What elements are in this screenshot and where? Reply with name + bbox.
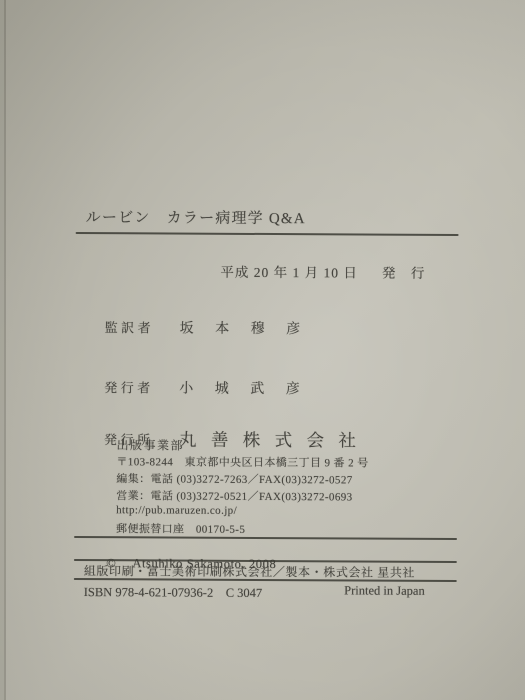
publisher-address: 〒103-8244 東京都中央区日本橋三丁目 9 番 2 号 [116,453,368,470]
postal-transfer-account: 郵便振替口座 00170-5-5 [116,520,245,537]
publisher-url: http://pub.maruzen.co.jp/ [116,504,237,517]
credit-publisher-person: 発行者小 城 武 彦 [85,361,309,414]
publication-date-line: 平成 20 年 1 月 10 日発 行 [194,245,426,298]
credit-supervising-translator: 監訳者坂 本 穆 彦 [85,301,309,354]
page-edge-seam [4,0,6,700]
isbn-number: ISBN 978-4-621-07936-2 C 3047 [84,582,263,601]
publisher-editorial-phone: 編集：電話 (03)3272-7263／FAX(03)3272-0527 [116,470,352,487]
publisher-sales-phone: 営業：電話 (03)3272-0521／FAX(03)3272-0693 [116,487,352,504]
printed-in-japan: Printed in Japan [344,583,425,601]
publication-label: 発 行 [382,266,426,281]
credit-name: 坂 本 穆 彦 [180,322,310,338]
isbn-line: ISBN 978-4-621-07936-2 C 3047 Printed in… [74,582,457,602]
book-colophon-page-photo: ルービン カラー病理学 Q&A 平成 20 年 1 月 10 日発 行 監訳者坂… [0,0,525,700]
credit-role: 監訳者 [105,317,171,336]
publisher-department: 出版事業部 [116,436,184,453]
publication-date: 平成 20 年 1 月 10 日 [220,265,358,281]
divider-rule [74,536,457,540]
credit-name: 小 城 武 彦 [179,382,309,398]
book-title: ルービン カラー病理学 Q&A [86,206,306,228]
colophon-block: ルービン カラー病理学 Q&A 平成 20 年 1 月 10 日発 行 監訳者坂… [73,0,460,700]
credit-name: 丸 善 株 式 会 社 [179,430,361,451]
title-underline [76,232,459,236]
credit-role: 発行者 [104,377,170,396]
